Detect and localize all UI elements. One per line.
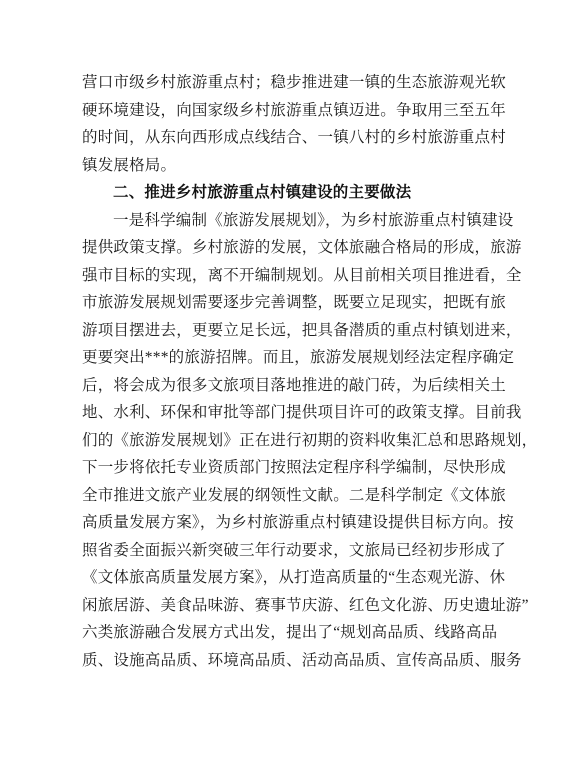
body-text-line: 硬环境建设，向国家级乡村旅游重点镇迈进。争取用三至五年 xyxy=(82,97,492,125)
document-page: 营口市级乡村旅游重点村；稳步推进建一镇的生态旅游观光软硬环境建设，向国家级乡村旅… xyxy=(0,0,586,759)
body-text-line: 《文体旅高质量发展方案》，从打造高质量的“生态观光游、休 xyxy=(82,564,492,592)
body-text-line: 市旅游发展规划需要逐步完善调整，既要立足现实，把既有旅 xyxy=(82,289,492,317)
document-text-block: 营口市级乡村旅游重点村；稳步推进建一镇的生态旅游观光软硬环境建设，向国家级乡村旅… xyxy=(82,69,492,674)
body-text-line: 强市目标的实现，离不开编制规划。从目前相关项目推进看，全 xyxy=(82,262,492,290)
body-text-line: 地、水利、环保和审批等部门提供项目许可的政策支撑。目前我 xyxy=(82,399,492,427)
body-text-line: 闲旅居游、美食品味游、赛事节庆游、红色文化游、历史遗址游” xyxy=(82,592,492,620)
body-text-line: 一是科学编制《旅游发展规划》，为乡村旅游重点村镇建设 xyxy=(82,207,492,235)
body-text-line: 更要突出***的旅游招牌。而且，旅游发展规划经法定程序确定 xyxy=(82,344,492,372)
body-text-line: 后，将会成为很多文旅项目落地推进的敲门砖，为后续相关土 xyxy=(82,372,492,400)
body-text-line: 营口市级乡村旅游重点村；稳步推进建一镇的生态旅游观光软 xyxy=(82,69,492,97)
body-text-line: 下一步将依托专业资质部门按照法定程序科学编制，尽快形成 xyxy=(82,454,492,482)
body-text-line: 的时间，从东向西形成点线结合、一镇八村的乡村旅游重点村 xyxy=(82,124,492,152)
body-text-line: 质、设施高品质、环境高品质、活动高品质、宣传高品质、服务 xyxy=(82,647,492,675)
body-text-line: 高质量发展方案》，为乡村旅游重点村镇建设提供目标方向。按 xyxy=(82,509,492,537)
body-text-line: 游项目摆进去，更要立足长远，把具备潜质的重点村镇划进来， xyxy=(82,317,492,345)
body-text-line: 六类旅游融合发展方式出发，提出了“规划高品质、线路高品 xyxy=(82,619,492,647)
section-heading-line: 二、推进乡村旅游重点村镇建设的主要做法 xyxy=(82,179,492,207)
body-text-line: 们的《旅游发展规划》正在进行初期的资料收集汇总和思路规划， xyxy=(82,427,492,455)
body-text-line: 照省委全面振兴新突破三年行动要求，文旅局已经初步形成了 xyxy=(82,537,492,565)
body-text-line: 全市推进文旅产业发展的纲领性文献。二是科学制定《文体旅 xyxy=(82,482,492,510)
body-text-line: 提供政策支撑。乡村旅游的发展，文体旅融合格局的形成，旅游 xyxy=(82,234,492,262)
body-text-line: 镇发展格局。 xyxy=(82,152,492,180)
